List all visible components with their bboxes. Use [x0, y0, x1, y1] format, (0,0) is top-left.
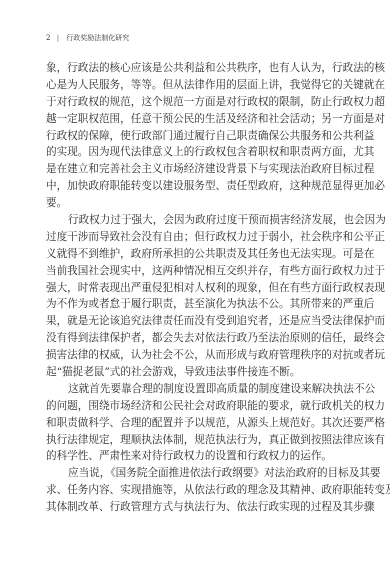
- text-line: 起“猫捉老鼠”式的社会游戏，导致违法事件接连不断。: [46, 364, 346, 381]
- text-line: 中，加快政府职能转变以建设服务型、责任型政府，这种规范显得更加必: [46, 178, 346, 195]
- paragraph-2: 行政权力过于强大，会因为政府过度干预而损害经济发展，也会因为 过度干涉而导致社会…: [46, 212, 346, 381]
- text-line: 越一定职权范围，任意干预公民的生活及经济和社会活动；另一方面是对: [46, 111, 346, 128]
- text-line: 当前我国社会现实中，这两种情况相互交织并存，有些方面行政权力过于: [46, 263, 346, 280]
- text-line: 是在建立和完善社会主义市场经济建设背景下与实现法治政府目标过程: [46, 161, 346, 178]
- text-line: 为不作为或者怠于履行职责，甚至演化为执法不公。其所带来的严重后: [46, 296, 346, 313]
- text-line: 要。: [46, 195, 346, 212]
- text-line: 义就得不到维护，政府所承担的公共职责及其任务也无法实现。可是在: [46, 246, 346, 263]
- text-line: 于对行政权的规范，这个规范一方面是对行政权的限制，防止行政权力超: [46, 94, 346, 111]
- text-line: 过度干涉而导致社会没有自由；但行政权力过于弱小，社会秩序和公平正: [46, 229, 346, 246]
- text-line: 果，就是无论该追究法律责任而没有受到追究者，还是应当受法律保护而: [46, 313, 346, 330]
- text-line: 其体制改革、行政管理方式与执法行为、依法行政实现的过程及其步骤: [46, 499, 346, 516]
- text-line: 这就首先要靠合理的制度设置即高质量的制度建设来解决执法不公: [46, 381, 346, 398]
- text-line: 应当说，《国务院全面推进依法行政纲要》对法治政府的目标及其要: [46, 465, 346, 482]
- text-line: 的实现。因为现代法律意义上的行政权包含着职权和职责两方面，尤其: [46, 144, 346, 161]
- header-separator: |: [57, 33, 59, 43]
- running-header: 2 | 行政奖励法制化研究: [46, 33, 129, 43]
- text-line: 行政权的保障，使行政部门通过履行自己职责确保公共服务和公共利益: [46, 128, 346, 145]
- paragraph-4: 应当说，《国务院全面推进依法行政纲要》对法治政府的目标及其要 求、任务内容、实现…: [46, 465, 346, 516]
- text-line: 强大，时常表现出严重侵犯相对人权利的现象，但在有些方面行政权表现: [46, 280, 346, 297]
- text-line: 和职责做科学、合理的配置并予以规范，从源头上规范好。其次还要严格: [46, 415, 346, 432]
- text-line: 心是为人民服务，等等。但从法律作用的层面上讲，我觉得它的关键就在: [46, 77, 346, 94]
- page-number: 2: [46, 34, 50, 42]
- paragraph-3: 这就首先要靠合理的制度设置即高质量的制度建设来解决执法不公 的问题，围绕市场经济…: [46, 381, 346, 465]
- book-title: 行政奖励法制化研究: [66, 34, 129, 42]
- page-body: 象，行政法的核心应该是公共利益和公共秩序，也有人认为，行政法的核 心是为人民服务…: [46, 60, 346, 516]
- paragraph-1: 象，行政法的核心应该是公共利益和公共秩序，也有人认为，行政法的核 心是为人民服务…: [46, 60, 346, 212]
- text-line: 求、任务内容、实现措施等，从依法行政的理念及其精神、政府职能转变及: [46, 482, 346, 499]
- text-line: 象，行政法的核心应该是公共利益和公共秩序，也有人认为，行政法的核: [46, 60, 346, 77]
- text-line: 损害法律的权威，认为社会不公，从而形成与政府管理秩序的对抗或者玩: [46, 347, 346, 364]
- text-line: 行政权力过于强大，会因为政府过度干预而损害经济发展，也会因为: [46, 212, 346, 229]
- text-line: 的科学性、严肃性来对待行政权力的设置和行政权力的运作。: [46, 448, 346, 465]
- text-line: 的问题，围绕市场经济和公民社会对政府职能的要求，就行政机关的权力: [46, 398, 346, 415]
- text-line: 没有得到法律保护者，都会失去对依法行政乃至法治原则的信任，最终会: [46, 330, 346, 347]
- text-line: 执行法律规定，理顺执法体制，规范执法行为，真正做到按照法律应该有: [46, 432, 346, 449]
